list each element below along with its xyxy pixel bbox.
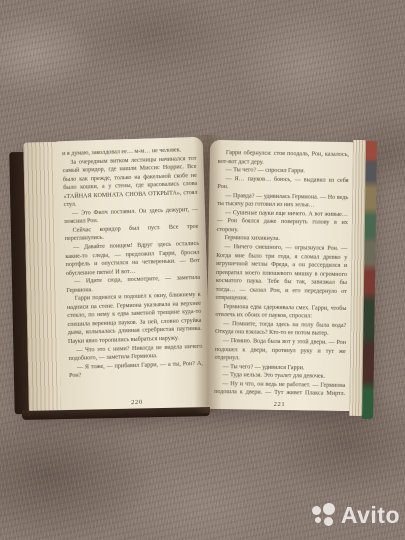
avito-logo-icon bbox=[312, 503, 337, 528]
photo-scene: и я думаю, заколдовал ее… м-м… не челове… bbox=[0, 0, 405, 540]
book-text-paragraph: За очередным витком лестницы начинался т… bbox=[62, 154, 198, 209]
left-page: и я думаю, заколдовал ее… м-м… не челове… bbox=[53, 137, 211, 414]
right-page-text: Гарри обернулся: стоя поодаль, Рон, каза… bbox=[214, 149, 349, 399]
book-text-paragraph: — Помните, тогда здесь на полу была вода… bbox=[215, 320, 346, 339]
book-text-paragraph: — Ну и что, он ведь не работает. — Герми… bbox=[214, 380, 345, 399]
avito-watermark-label: Avito bbox=[341, 502, 400, 529]
book-text-paragraph: — Помню. Вода была вот у этой двери. — Р… bbox=[215, 337, 346, 365]
book-text-paragraph: — Правда? — удивилась Гермиона. — Но вед… bbox=[217, 192, 348, 211]
right-page: Гарри обернулся: стоя поодаль, Рон, каза… bbox=[206, 140, 357, 411]
book-text-paragraph: Гарри поднялся и подошел к окну, ближнем… bbox=[67, 291, 203, 346]
book-text-paragraph: — Давайте поищем! Вдруг здесь остались к… bbox=[65, 240, 200, 278]
book-text-paragraph: Гермиона едва сдерживала смех. Гарри, чт… bbox=[215, 303, 346, 322]
open-book: и я думаю, заколдовал ее… м-м… не челове… bbox=[0, 0, 405, 540]
page-number-left: 220 bbox=[70, 397, 204, 408]
avito-watermark: Avito bbox=[312, 502, 400, 529]
left-page-text: и я думаю, заколдовал ее… м-м… не челове… bbox=[62, 146, 204, 398]
book-text-paragraph: — Я… пауков… боюсь, — выдавил из себя Ро… bbox=[217, 175, 348, 194]
book-text-paragraph: — Я тоже, — прибавил Гарри, — а ты, Рон?… bbox=[69, 359, 203, 380]
page-number-right: 221 bbox=[214, 400, 345, 409]
book-text-paragraph: — Ничего смешного, — огрызнулся Рон. — К… bbox=[216, 243, 348, 305]
book-text-paragraph: — Сушеные пауки еще ничего. А вот живые…… bbox=[217, 209, 348, 237]
book-text-paragraph: Гарри обернулся: стоя поодаль, Рон, каза… bbox=[218, 149, 349, 168]
